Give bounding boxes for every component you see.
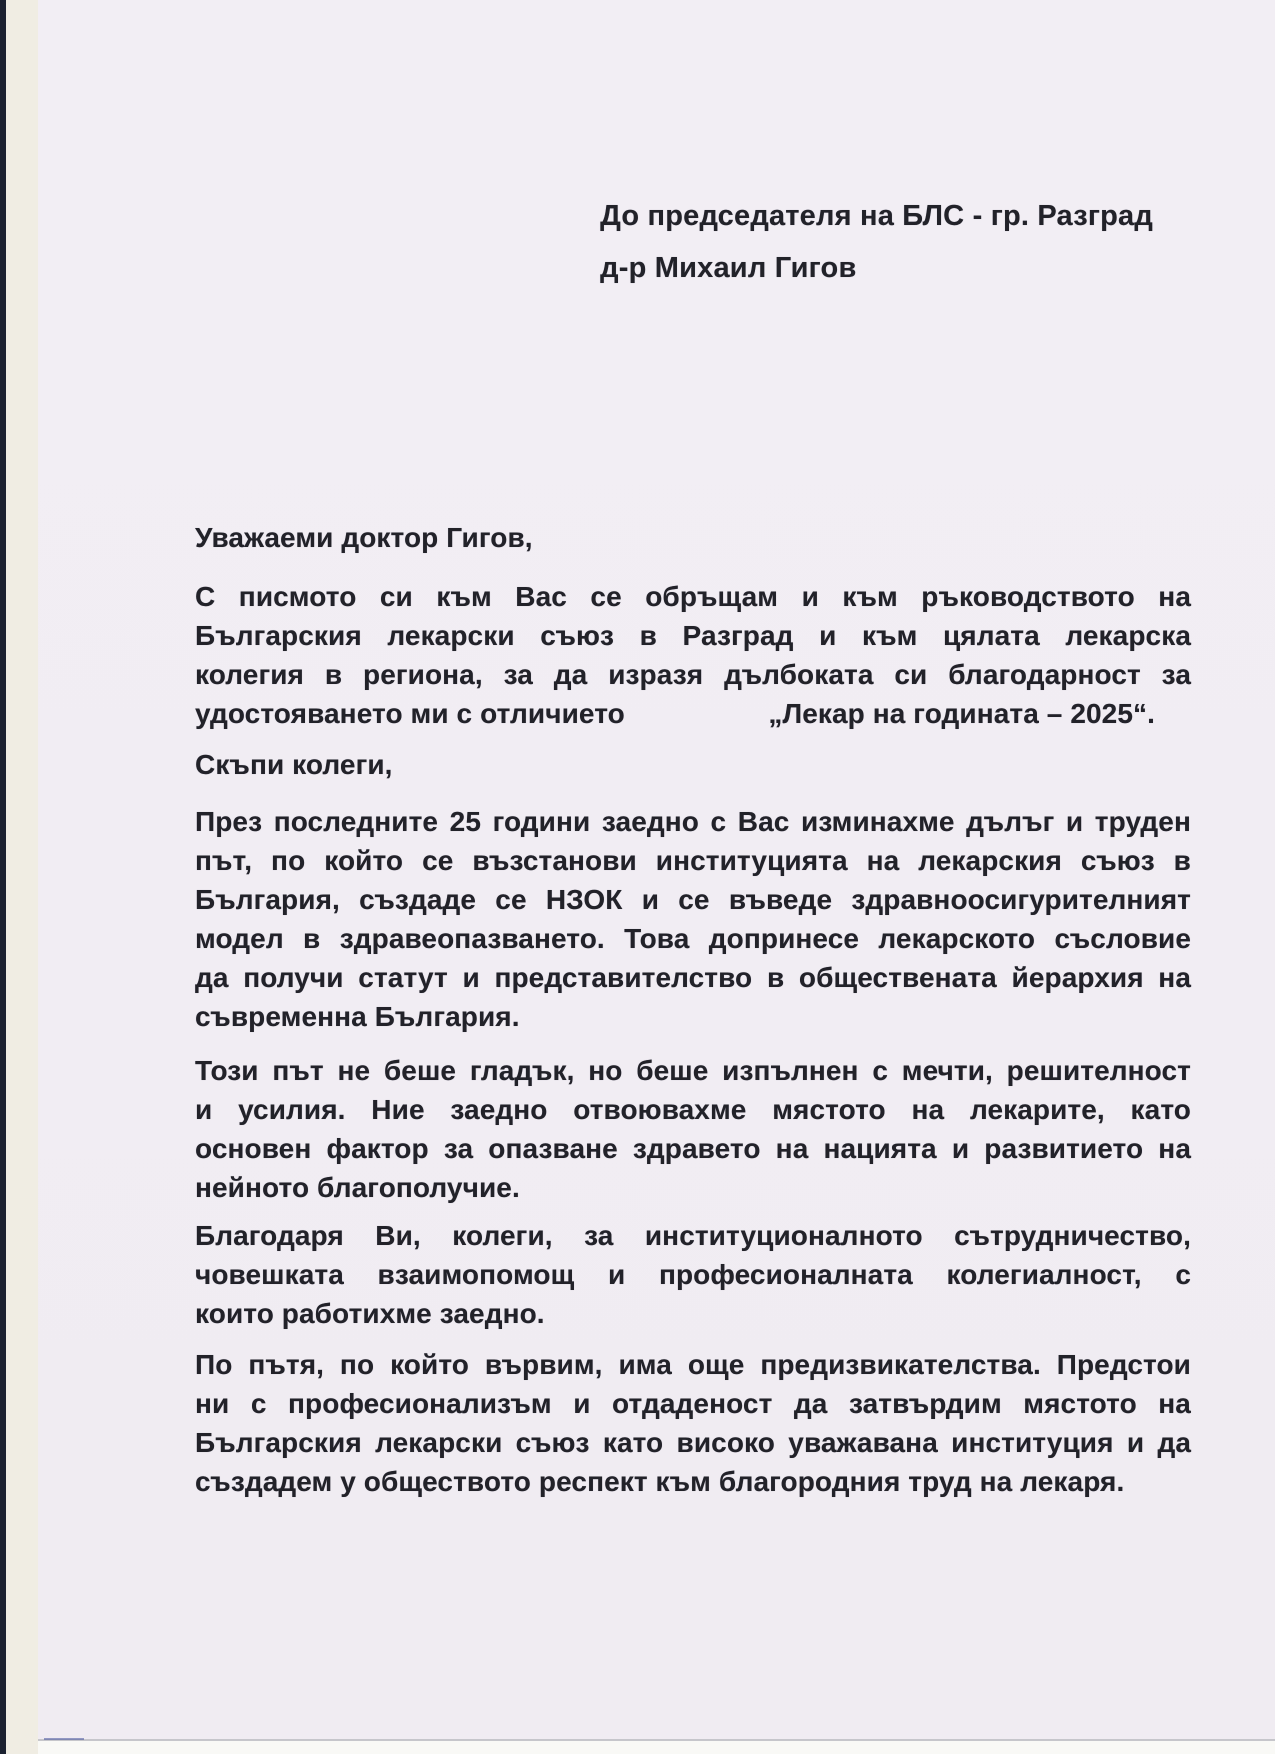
- recipient-name-line: д-р Михаил Гигов: [600, 242, 1153, 294]
- salutation2-paragraph: Скъпи колеги,: [195, 745, 1191, 784]
- body-line: България, създаде се НЗОК и се въведе зд…: [195, 880, 1191, 919]
- letter-page: До председателя на БЛС - гр. Разград д-р…: [38, 0, 1275, 1739]
- body-line: С писмото си към Вас се обръщам и към ръ…: [195, 577, 1191, 616]
- body-line: основен фактор за опазване здравето на н…: [195, 1129, 1191, 1168]
- body-line: През последните 25 години заедно с Вас и…: [195, 802, 1191, 841]
- body-line: Българския лекарски съюз в Разград и към…: [195, 616, 1191, 655]
- letter-body: Уважаеми доктор Гигов, С писмото си към …: [195, 518, 1191, 1514]
- salutation-line: Уважаеми доктор Гигов,: [195, 518, 1191, 557]
- body-line: Българския лекарски съюз като високо ува…: [195, 1423, 1191, 1462]
- body-line: да получи статут и представителство в об…: [195, 958, 1191, 997]
- body-line: път, по който се възстанови институцията…: [195, 841, 1191, 880]
- salutation-paragraph: Уважаеми доктор Гигов,: [195, 518, 1191, 557]
- recipient-line: До председателя на БЛС - гр. Разград: [600, 190, 1153, 242]
- paragraph-future: По пътя, по който вървим, има още предиз…: [195, 1345, 1191, 1501]
- body-line: и усилия. Ние заедно отвоювахме мястото …: [195, 1090, 1191, 1129]
- body-line: ни с професионализъм и отдаденост да зат…: [195, 1384, 1191, 1423]
- paragraph-thanks: Благодаря Ви, колеги, за институционално…: [195, 1216, 1191, 1333]
- scanner-background: [38, 1741, 1275, 1754]
- body-line: човешката взаимопомощ и професионалната …: [195, 1255, 1191, 1294]
- body-line: Благодаря Ви, колеги, за институционално…: [195, 1216, 1191, 1255]
- salutation2-line: Скъпи колеги,: [195, 745, 1191, 784]
- body-line: По пътя, по който вървим, има още предиз…: [195, 1345, 1191, 1384]
- paragraph-path: През последните 25 години заедно с Вас и…: [195, 802, 1191, 1036]
- award-prefix: удостояването ми с отличието: [195, 694, 625, 733]
- body-line: съвременна България.: [195, 997, 1191, 1036]
- scanned-letter: До председателя на БЛС - гр. Разград д-р…: [0, 0, 1275, 1754]
- paragraph-intro: С писмото си към Вас се обръщам и към ръ…: [195, 577, 1191, 733]
- paragraph-struggle: Този път не беше гладък, но беше изпълне…: [195, 1051, 1191, 1207]
- body-line: модел в здравеопазването. Това допринесе…: [195, 919, 1191, 958]
- scan-artifact-line: [44, 1738, 84, 1740]
- body-line: които работихме заедно.: [195, 1294, 1191, 1333]
- body-line: нейното благополучие.: [195, 1168, 1191, 1207]
- body-line: създадем у обществото респект към благор…: [195, 1462, 1191, 1501]
- letter-header: До председателя на БЛС - гр. Разград д-р…: [600, 190, 1153, 294]
- scanner-edge-cream: [6, 0, 38, 1754]
- body-line: колегия в региона, за да изразя дълбокат…: [195, 655, 1191, 694]
- award-line: удостояването ми с отличието „Лекар на г…: [195, 694, 1191, 733]
- body-line: Този път не беше гладък, но беше изпълне…: [195, 1051, 1191, 1090]
- award-name: „Лекар на годината – 2025“.: [768, 694, 1155, 733]
